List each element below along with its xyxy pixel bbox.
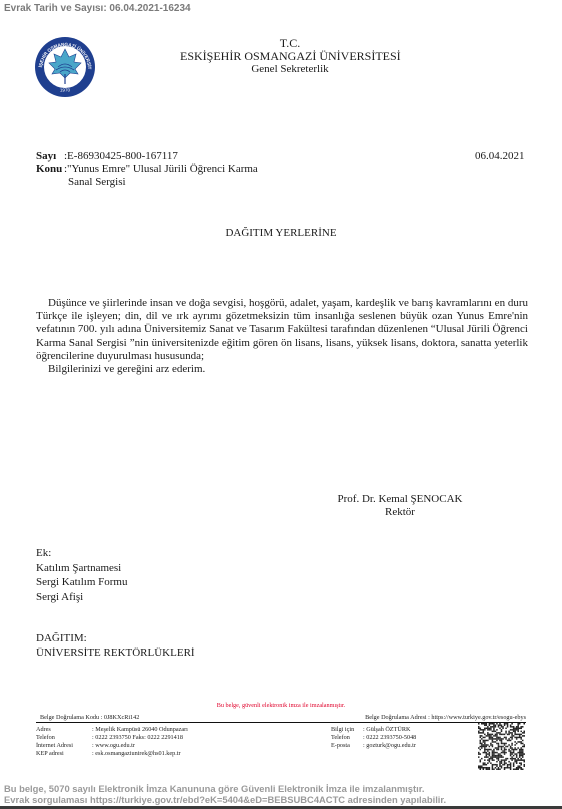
letter-body: Düşünce ve şiirlerinde insan ve doğa sev… <box>36 297 528 376</box>
contact-right: Bilgi için: Gülşah ÖZTÜRK Telefon: 0222 … <box>331 726 416 750</box>
verification-address[interactable]: Belge Doğrulama Adresi : https://www.tur… <box>365 714 526 721</box>
sayi-label: Sayı <box>36 150 64 163</box>
contact-kep: KEP adresi: esk.osmangaziunirek@hs01.kep… <box>36 750 188 758</box>
body-paragraph: Düşünce ve şiirlerinde insan ve doğa sev… <box>36 297 528 363</box>
attachment-item: Sergi Katılım Formu <box>36 575 127 590</box>
konu-row: Konu:"Yunus Emre" Ulusal Jürili Öğrenci … <box>36 163 258 176</box>
document-stamp: Evrak Tarih ve Sayısı: 06.04.2021-16234 <box>4 3 191 14</box>
sayi-row: Sayı:E-86930425-800-167117 <box>36 150 178 163</box>
contact-left: Adres: Meşelik Kampüsü 26040 Odunpazarı … <box>36 726 188 758</box>
contact-phone: Telefon: 0222 2393750 Faks: 0222 2291418 <box>36 734 188 742</box>
contact-website: İnternet Adresi: www.ogu.edu.tr <box>36 742 188 750</box>
attachments: Ek: Katılım Şartnamesi Sergi Katılım For… <box>36 546 127 604</box>
signatory-title: Rektör <box>310 506 490 519</box>
konu-value: :"Yunus Emre" Ulusal Jürili Öğrenci Karm… <box>64 163 258 175</box>
contact-address: Adres: Meşelik Kampüsü 26040 Odunpazarı <box>36 726 188 734</box>
distribution: DAĞITIM: ÜNİVERSİTE REKTÖRLÜKLERİ <box>36 631 195 660</box>
svg-text:1970: 1970 <box>60 88 71 93</box>
verification-code: Belge Doğrulama Kodu : 0J8KXcRi142 <box>40 714 139 721</box>
university-seal-icon: 1970 ESKİŞEHİR OSMANGAZİ ÜNİVERSİTESİ <box>34 36 96 98</box>
email-link[interactable]: : gozturk@ogu.edu.tr <box>363 742 416 749</box>
document-query-note: Evrak sorgulaması https://turkiye.gov.tr… <box>4 794 446 805</box>
document-date: 06.04.2021 <box>475 150 525 163</box>
e-signature-note: Bu belge, güvenli elektronik imza ile im… <box>0 702 562 709</box>
header-department: Genel Sekreterlik <box>180 63 400 76</box>
attachment-item: Katılım Şartnamesi <box>36 561 127 576</box>
attachments-label: Ek: <box>36 546 127 561</box>
distribution-label: DAĞITIM: <box>36 631 195 646</box>
distribution-item: ÜNİVERSİTE REKTÖRLÜKLERİ <box>36 646 195 661</box>
attachment-item: Sergi Afişi <box>36 590 127 605</box>
body-closing: Bilgilerinizi ve gereğini arz ederim. <box>36 363 528 376</box>
website-link[interactable]: : www.ogu.edu.tr <box>92 742 135 749</box>
konu-label: Konu <box>36 163 64 176</box>
info-email: E-posta: gozturk@ogu.edu.tr <box>331 742 416 750</box>
header-university: ESKİŞEHİR OSMANGAZİ ÜNİVERSİTESİ <box>180 50 400 63</box>
e-signature-law-note: Bu belge, 5070 sayılı Elektronik İmza Ka… <box>4 783 424 794</box>
verification-row: Belge Doğrulama Kodu : 0J8KXcRi142 Belge… <box>36 714 526 722</box>
addressee: DAĞITIM YERLERİNE <box>0 227 562 239</box>
konu-value-continued: Sanal Sergisi <box>68 176 126 189</box>
signatory-name: Prof. Dr. Kemal ŞENOCAK <box>310 493 490 506</box>
footer-divider <box>36 722 526 723</box>
qr-code-icon <box>478 723 525 771</box>
sayi-value: :E-86930425-800-167117 <box>64 150 178 162</box>
info-person: Bilgi için: Gülşah ÖZTÜRK <box>331 726 416 734</box>
info-phone: Telefon: 0222 2393750-5048 <box>331 734 416 742</box>
